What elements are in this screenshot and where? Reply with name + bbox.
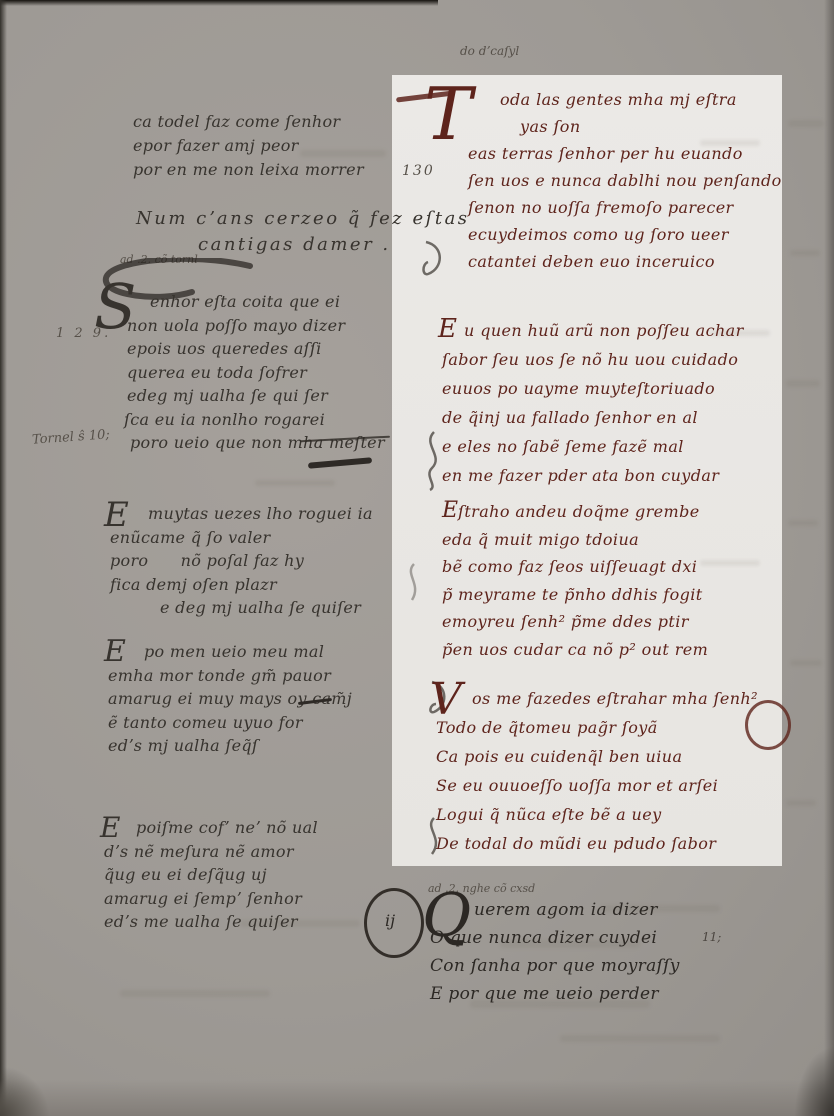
- page-edge-right: [824, 0, 834, 1116]
- verse-line: Ca pois eu cuidenq̃l ben uiua: [436, 742, 758, 771]
- page-corner-bottom-left: [0, 1066, 50, 1116]
- verse-line: euuos po uayme muyteſtoriuado: [442, 374, 744, 403]
- verse-line: bẽ como faz ſeos uiſſeuagt dxi: [442, 553, 708, 581]
- verse-line: poiſme cofʼ neʼ nõ ual: [136, 816, 318, 840]
- verse-line: uerem agom ia dizer: [474, 896, 680, 924]
- verse-line: Con ſanha por que moyraſſy: [430, 952, 680, 980]
- verse-line: epor fazer amj peor: [133, 134, 364, 158]
- stanza-poisme: E poiſme cofʼ neʼ nõ ual dʼs nẽ meſura n…: [100, 816, 318, 934]
- stanza-eu: E u quen huũ arũ non poſſeu achar ſabor …: [442, 316, 744, 490]
- initial-capital-t: T: [424, 78, 472, 150]
- verse-line: po men ueio meu mal: [144, 640, 352, 664]
- verse-line: amarug ei muy mays oy cam̃j: [108, 687, 352, 711]
- end-swoosh-flourish: [308, 457, 372, 469]
- initial-capital-v: V: [430, 678, 462, 722]
- verse-line: dʼs nẽ meſura nẽ amor: [104, 840, 318, 864]
- verse-line: edeg mj ualha ſe qui ſer: [127, 384, 385, 408]
- manuscript-page: do dʼcaſyl ca todel faz come ſenhor epor…: [0, 0, 834, 1116]
- verse-line: enhor eſta coita que ei: [150, 290, 385, 314]
- verse-line: p̃ meyrame te p̃nho ddhis fogit: [442, 581, 708, 609]
- verse-line: ecuydeimos como ug ſoro ueer: [468, 221, 782, 248]
- stanza-querem: Q uerem agom ia dizer O que nunca dizer …: [424, 886, 680, 1008]
- stanza-senhor: S enhor eſta coita que ei non uola poſſo…: [98, 290, 385, 455]
- verse-line: u quen huũ arũ non poſſeu achar: [464, 316, 744, 345]
- initial-capital-e: E: [438, 316, 457, 342]
- verse-line: De todal do mũdi eu pdudo ſabor: [436, 829, 758, 858]
- verse-line: yas ſon: [520, 113, 782, 140]
- verse-line: non uola poſſo mayo dizer: [127, 314, 385, 338]
- verse-line: q̃ug eu ei deſq̃ug uj: [104, 863, 318, 887]
- verse-line: ſtraho andeu doq̃me grembe: [458, 498, 708, 526]
- scribal-ring-flourish: ij: [364, 888, 424, 958]
- verse-line: ſen uos e nunca dablhi nou penſando: [468, 167, 782, 194]
- verse-line: p̃en uos cudar ca nõ p² out rem: [442, 636, 708, 664]
- verse-line: Todo de q̃tomeu pag̃r ſoyã: [436, 713, 758, 742]
- stanza-vos: V os me fazedes eſtrahar mha ſenh² Todo …: [436, 684, 758, 858]
- verse-line: querea eu toda ſofrer: [127, 361, 385, 385]
- flourish-label: ij: [385, 911, 395, 930]
- verse-line: fica demj oſen plazr: [110, 573, 373, 597]
- verse-line: ſabor ſeu uos ſe nõ hu uou cuidado: [442, 345, 744, 374]
- verse-line: edʼs me ualha ſe quiſer: [104, 910, 318, 934]
- stanza-pomen: E po men ueio meu mal emha mor tonde gm̃…: [104, 640, 352, 758]
- verse-line: ſenon no uoſſa fremoſo parecer: [468, 194, 782, 221]
- top-annotation: do dʼcaſyl: [460, 44, 519, 58]
- initial-capital-e: E: [442, 500, 458, 522]
- folio-number-left: 1 2 9.: [56, 326, 111, 341]
- margin-mark-right: 11;: [702, 930, 721, 944]
- verse-line: eda q̃ muit migo tdoiua: [442, 526, 708, 554]
- verse-line: e deg mj ualha ſe quiſer: [160, 596, 373, 620]
- initial-capital-e: E: [104, 637, 126, 667]
- verse-line: e eles no ſabẽ ſeme fazẽ mal: [442, 432, 744, 461]
- verse-line: edʼs mj ualha ſeq̃ſ: [108, 734, 352, 758]
- initial-capital-q: Q: [422, 886, 472, 946]
- verse-line: emoyreu ſenh² p̃me ddes ptir: [442, 608, 708, 636]
- verse-line: en me fazer pder ata bon cuydar: [442, 461, 744, 490]
- finida-stanza: ca todel faz come ſenhor epor fazer amj …: [133, 110, 364, 182]
- stanza-muytas: E muytas uezes lho roguei ia enũcame q̃ …: [104, 502, 373, 620]
- verse-line: catantei deben euo inceruico: [468, 248, 782, 275]
- scribal-flourish: [402, 562, 424, 602]
- verse-line: de q̃inj ua fallado ſenhor en al: [442, 403, 744, 432]
- verse-line: ẽ tanto comeu uyuo for: [108, 711, 352, 735]
- page-edge-top: [0, 0, 438, 6]
- verse-line: Se eu ouuoeſſo uoſſa mor et arſei: [436, 771, 758, 800]
- verse-line: poro nõ poſal faz hy: [110, 549, 373, 573]
- verse-line: enũcame q̃ ſo valer: [110, 526, 373, 550]
- initial-capital-e: E: [100, 814, 121, 842]
- verse-line: os me fazedes eſtrahar mha ſenh²: [472, 684, 758, 713]
- page-edge-left: [0, 0, 7, 1116]
- verse-line: poro ueio que non mha meſter: [130, 431, 385, 455]
- stanza-toda: T oda las gentes mha mj eſtra yas ſon ea…: [436, 86, 782, 275]
- verse-line: ca todel faz come ſenhor: [133, 110, 364, 134]
- folio-number-right: 130: [402, 163, 435, 179]
- rubric-line: Num cʼans cerzeo q̃ fez eſtas: [136, 206, 470, 232]
- verse-line: E por que me ueio perder: [430, 980, 680, 1008]
- verse-line: oda las gentes mha mj eſtra: [500, 86, 782, 113]
- verse-line: eas terras ſenhor per hu euando: [468, 140, 782, 167]
- verse-line: amarug ei ſempʼ ſenhor: [104, 887, 318, 911]
- verse-line: ſca eu ia nonlho rogarei: [124, 408, 385, 432]
- page-edge-bottom: [0, 1080, 834, 1116]
- verse-line: muytas uezes lho roguei ia: [148, 502, 373, 526]
- initial-capital-e: E: [104, 498, 129, 532]
- verse-line: epois uos queredes aſſi: [127, 337, 385, 361]
- verse-line: por en me non leixa morrer: [133, 158, 364, 182]
- verse-line: emha mor tonde gm̃ pauor: [108, 664, 352, 688]
- verse-line: Logui q̃ nũca eſte bẽ a uey: [436, 800, 758, 829]
- stanza-estraho: E ſtraho andeu doq̃me grembe eda q̃ muit…: [442, 498, 708, 663]
- page-corner-bottom-right: [794, 1046, 834, 1116]
- scribal-flourish: [745, 700, 791, 750]
